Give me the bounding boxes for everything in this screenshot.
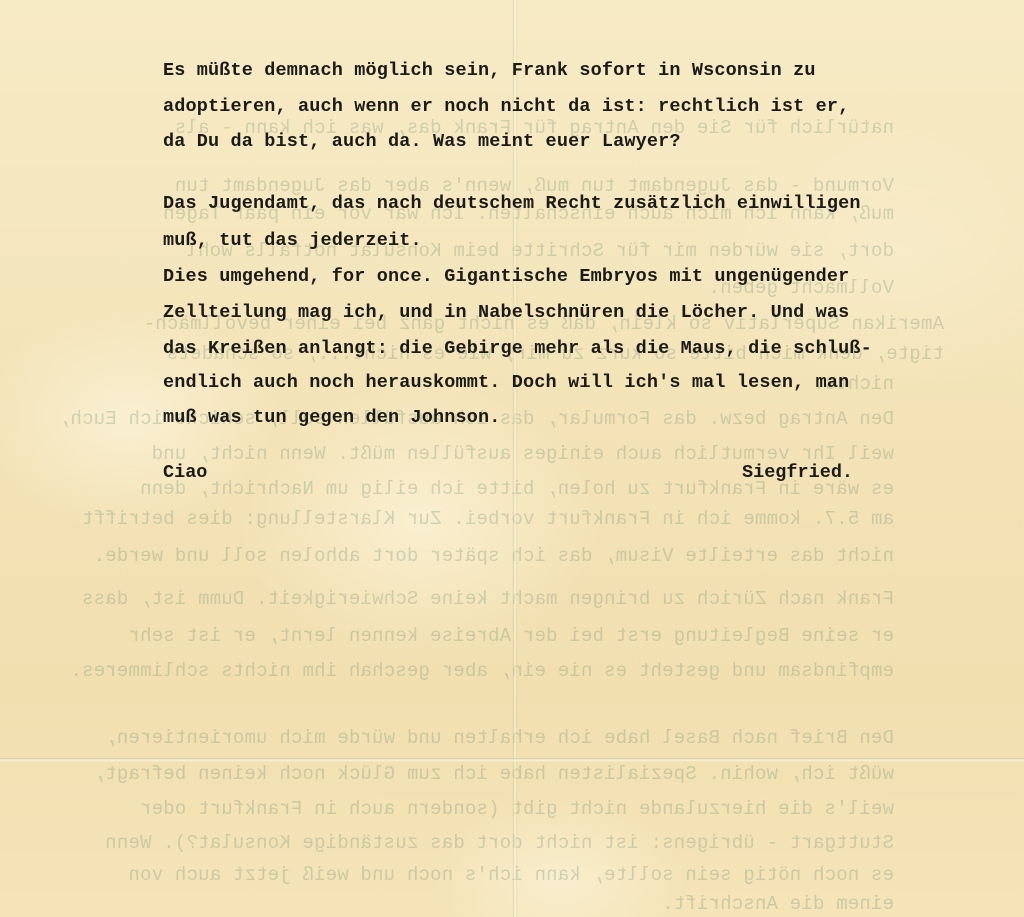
letter-line: Es müßte demnach möglich sein, Frank sof… (163, 60, 816, 81)
letter-line: Zellteilung mag ich, und in Nabelschnüre… (163, 302, 849, 323)
letter-line: Dies umgehend, for once. Gigantische Emb… (163, 266, 849, 287)
letter-line: Das Jugendamt, das nach deutschem Recht … (163, 193, 861, 214)
letter-line: muß was tun gegen den Johnson. (163, 407, 501, 428)
letter-line: das Kreißen anlangt: die Gebirge mehr al… (163, 338, 872, 359)
closing-salutation: Ciao (163, 462, 207, 483)
letter-line: adoptieren, auch wenn er noch nicht da i… (163, 96, 849, 117)
letter-line: da Du da bist, auch da. Was meint euer L… (163, 131, 681, 152)
letter-line: muß, tut das jederzeit. (163, 230, 422, 251)
horizontal-fold-crease (0, 758, 1024, 762)
letter-line: endlich auch noch herauskommt. Doch will… (163, 372, 849, 393)
signature: Siegfried. (742, 462, 853, 483)
